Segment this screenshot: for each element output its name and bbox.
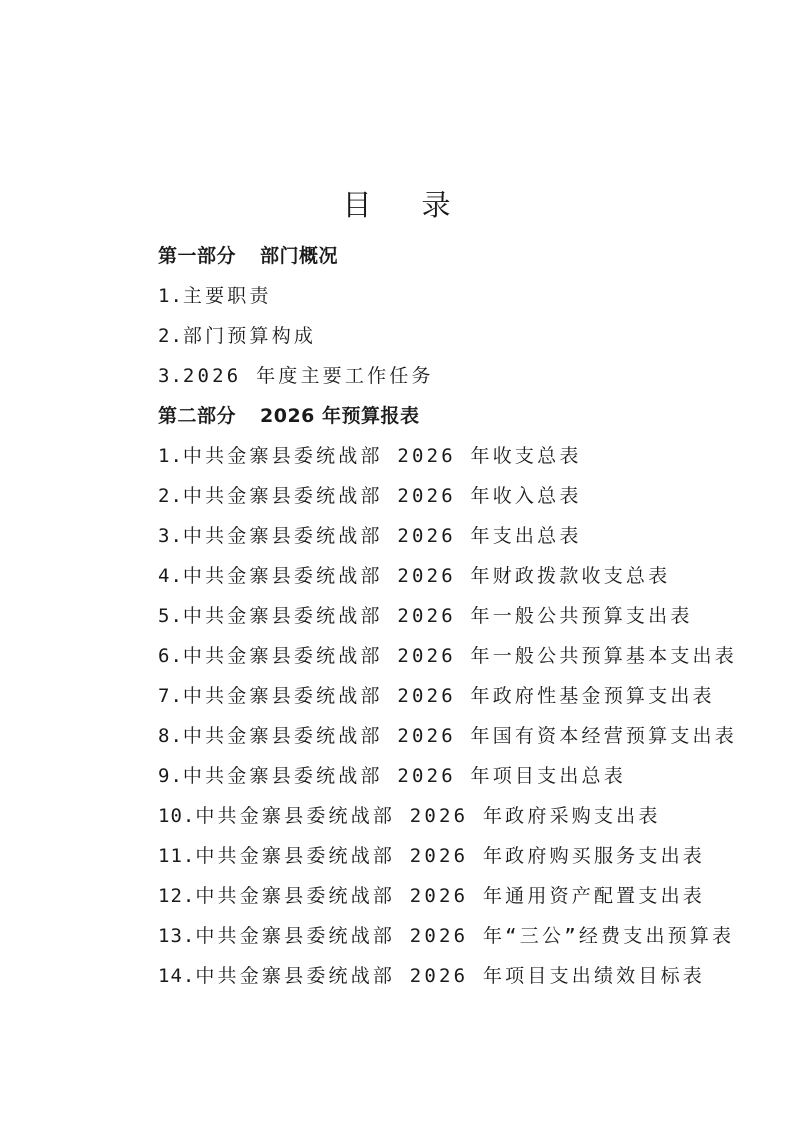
- toc-item[interactable]: 3.中共金寨县委统战部 2026 年支出总表: [158, 516, 778, 556]
- item-number: 1.: [158, 445, 183, 467]
- toc-part-2-heading[interactable]: 第二部分2026 年预算报表: [158, 396, 778, 436]
- toc-item[interactable]: 9.中共金寨县委统战部 2026 年项目支出总表: [158, 756, 778, 796]
- item-text: 中共金寨县委统战部 2026 年项目支出绩效目标表: [195, 965, 705, 987]
- toc-item[interactable]: 2.中共金寨县委统战部 2026 年收入总表: [158, 476, 778, 516]
- item-text: 中共金寨县委统战部 2026 年“三公”经费支出预算表: [195, 925, 734, 947]
- item-number: 13.: [158, 925, 195, 947]
- item-text: 主要职责: [183, 285, 272, 307]
- item-text: 中共金寨县委统战部 2026 年支出总表: [183, 525, 582, 547]
- toc-item[interactable]: 6.中共金寨县委统战部 2026 年一般公共预算基本支出表: [158, 636, 778, 676]
- item-text: 2026 年度主要工作任务: [183, 365, 434, 387]
- item-number: 11.: [158, 845, 195, 867]
- page-title-char-2: 录: [422, 185, 451, 225]
- item-text: 中共金寨县委统战部 2026 年政府采购支出表: [195, 805, 660, 827]
- item-text: 中共金寨县委统战部 2026 年项目支出总表: [183, 765, 626, 787]
- item-text: 中共金寨县委统战部 2026 年国有资本经营预算支出表: [183, 725, 737, 747]
- item-number: 3.: [158, 365, 183, 387]
- item-text: 中共金寨县委统战部 2026 年一般公共预算支出表: [183, 605, 693, 627]
- item-number: 6.: [158, 645, 183, 667]
- item-number: 1.: [158, 285, 183, 307]
- part-label: 第一部分: [158, 245, 236, 267]
- item-number: 12.: [158, 885, 195, 907]
- item-number: 4.: [158, 565, 183, 587]
- toc-item[interactable]: 12.中共金寨县委统战部 2026 年通用资产配置支出表: [158, 876, 778, 916]
- toc-item[interactable]: 14.中共金寨县委统战部 2026 年项目支出绩效目标表: [158, 956, 778, 996]
- item-number: 8.: [158, 725, 183, 747]
- item-number: 3.: [158, 525, 183, 547]
- table-of-contents: 第一部分部门概况 1.主要职责 2.部门预算构成 3.2026 年度主要工作任务…: [158, 236, 778, 996]
- item-text: 中共金寨县委统战部 2026 年政府性基金预算支出表: [183, 685, 715, 707]
- part-label: 第二部分: [158, 405, 236, 427]
- item-number: 14.: [158, 965, 195, 987]
- toc-item[interactable]: 2.部门预算构成: [158, 316, 778, 356]
- item-number: 2.: [158, 485, 183, 507]
- toc-item[interactable]: 7.中共金寨县委统战部 2026 年政府性基金预算支出表: [158, 676, 778, 716]
- part-title: 部门概况: [260, 245, 338, 267]
- item-number: 7.: [158, 685, 183, 707]
- item-text: 中共金寨县委统战部 2026 年财政拨款收支总表: [183, 565, 670, 587]
- page-title: 目录: [0, 185, 793, 225]
- item-text: 中共金寨县委统战部 2026 年通用资产配置支出表: [195, 885, 705, 907]
- toc-item[interactable]: 1.中共金寨县委统战部 2026 年收支总表: [158, 436, 778, 476]
- toc-item[interactable]: 13.中共金寨县委统战部 2026 年“三公”经费支出预算表: [158, 916, 778, 956]
- toc-item[interactable]: 1.主要职责: [158, 276, 778, 316]
- item-number: 2.: [158, 325, 183, 347]
- toc-item[interactable]: 8.中共金寨县委统战部 2026 年国有资本经营预算支出表: [158, 716, 778, 756]
- item-text: 中共金寨县委统战部 2026 年一般公共预算基本支出表: [183, 645, 737, 667]
- item-text: 中共金寨县委统战部 2026 年收入总表: [183, 485, 582, 507]
- item-text: 中共金寨县委统战部 2026 年收支总表: [183, 445, 582, 467]
- item-text: 部门预算构成: [183, 325, 316, 347]
- toc-item[interactable]: 11.中共金寨县委统战部 2026 年政府购买服务支出表: [158, 836, 778, 876]
- toc-part-1-heading[interactable]: 第一部分部门概况: [158, 236, 778, 276]
- toc-item[interactable]: 3.2026 年度主要工作任务: [158, 356, 778, 396]
- item-number: 9.: [158, 765, 183, 787]
- item-text: 中共金寨县委统战部 2026 年政府购买服务支出表: [195, 845, 705, 867]
- toc-item[interactable]: 4.中共金寨县委统战部 2026 年财政拨款收支总表: [158, 556, 778, 596]
- part-title: 2026 年预算报表: [260, 405, 420, 427]
- toc-item[interactable]: 10.中共金寨县委统战部 2026 年政府采购支出表: [158, 796, 778, 836]
- item-number: 10.: [158, 805, 195, 827]
- page-title-char-1: 目: [342, 185, 371, 225]
- item-number: 5.: [158, 605, 183, 627]
- toc-item[interactable]: 5.中共金寨县委统战部 2026 年一般公共预算支出表: [158, 596, 778, 636]
